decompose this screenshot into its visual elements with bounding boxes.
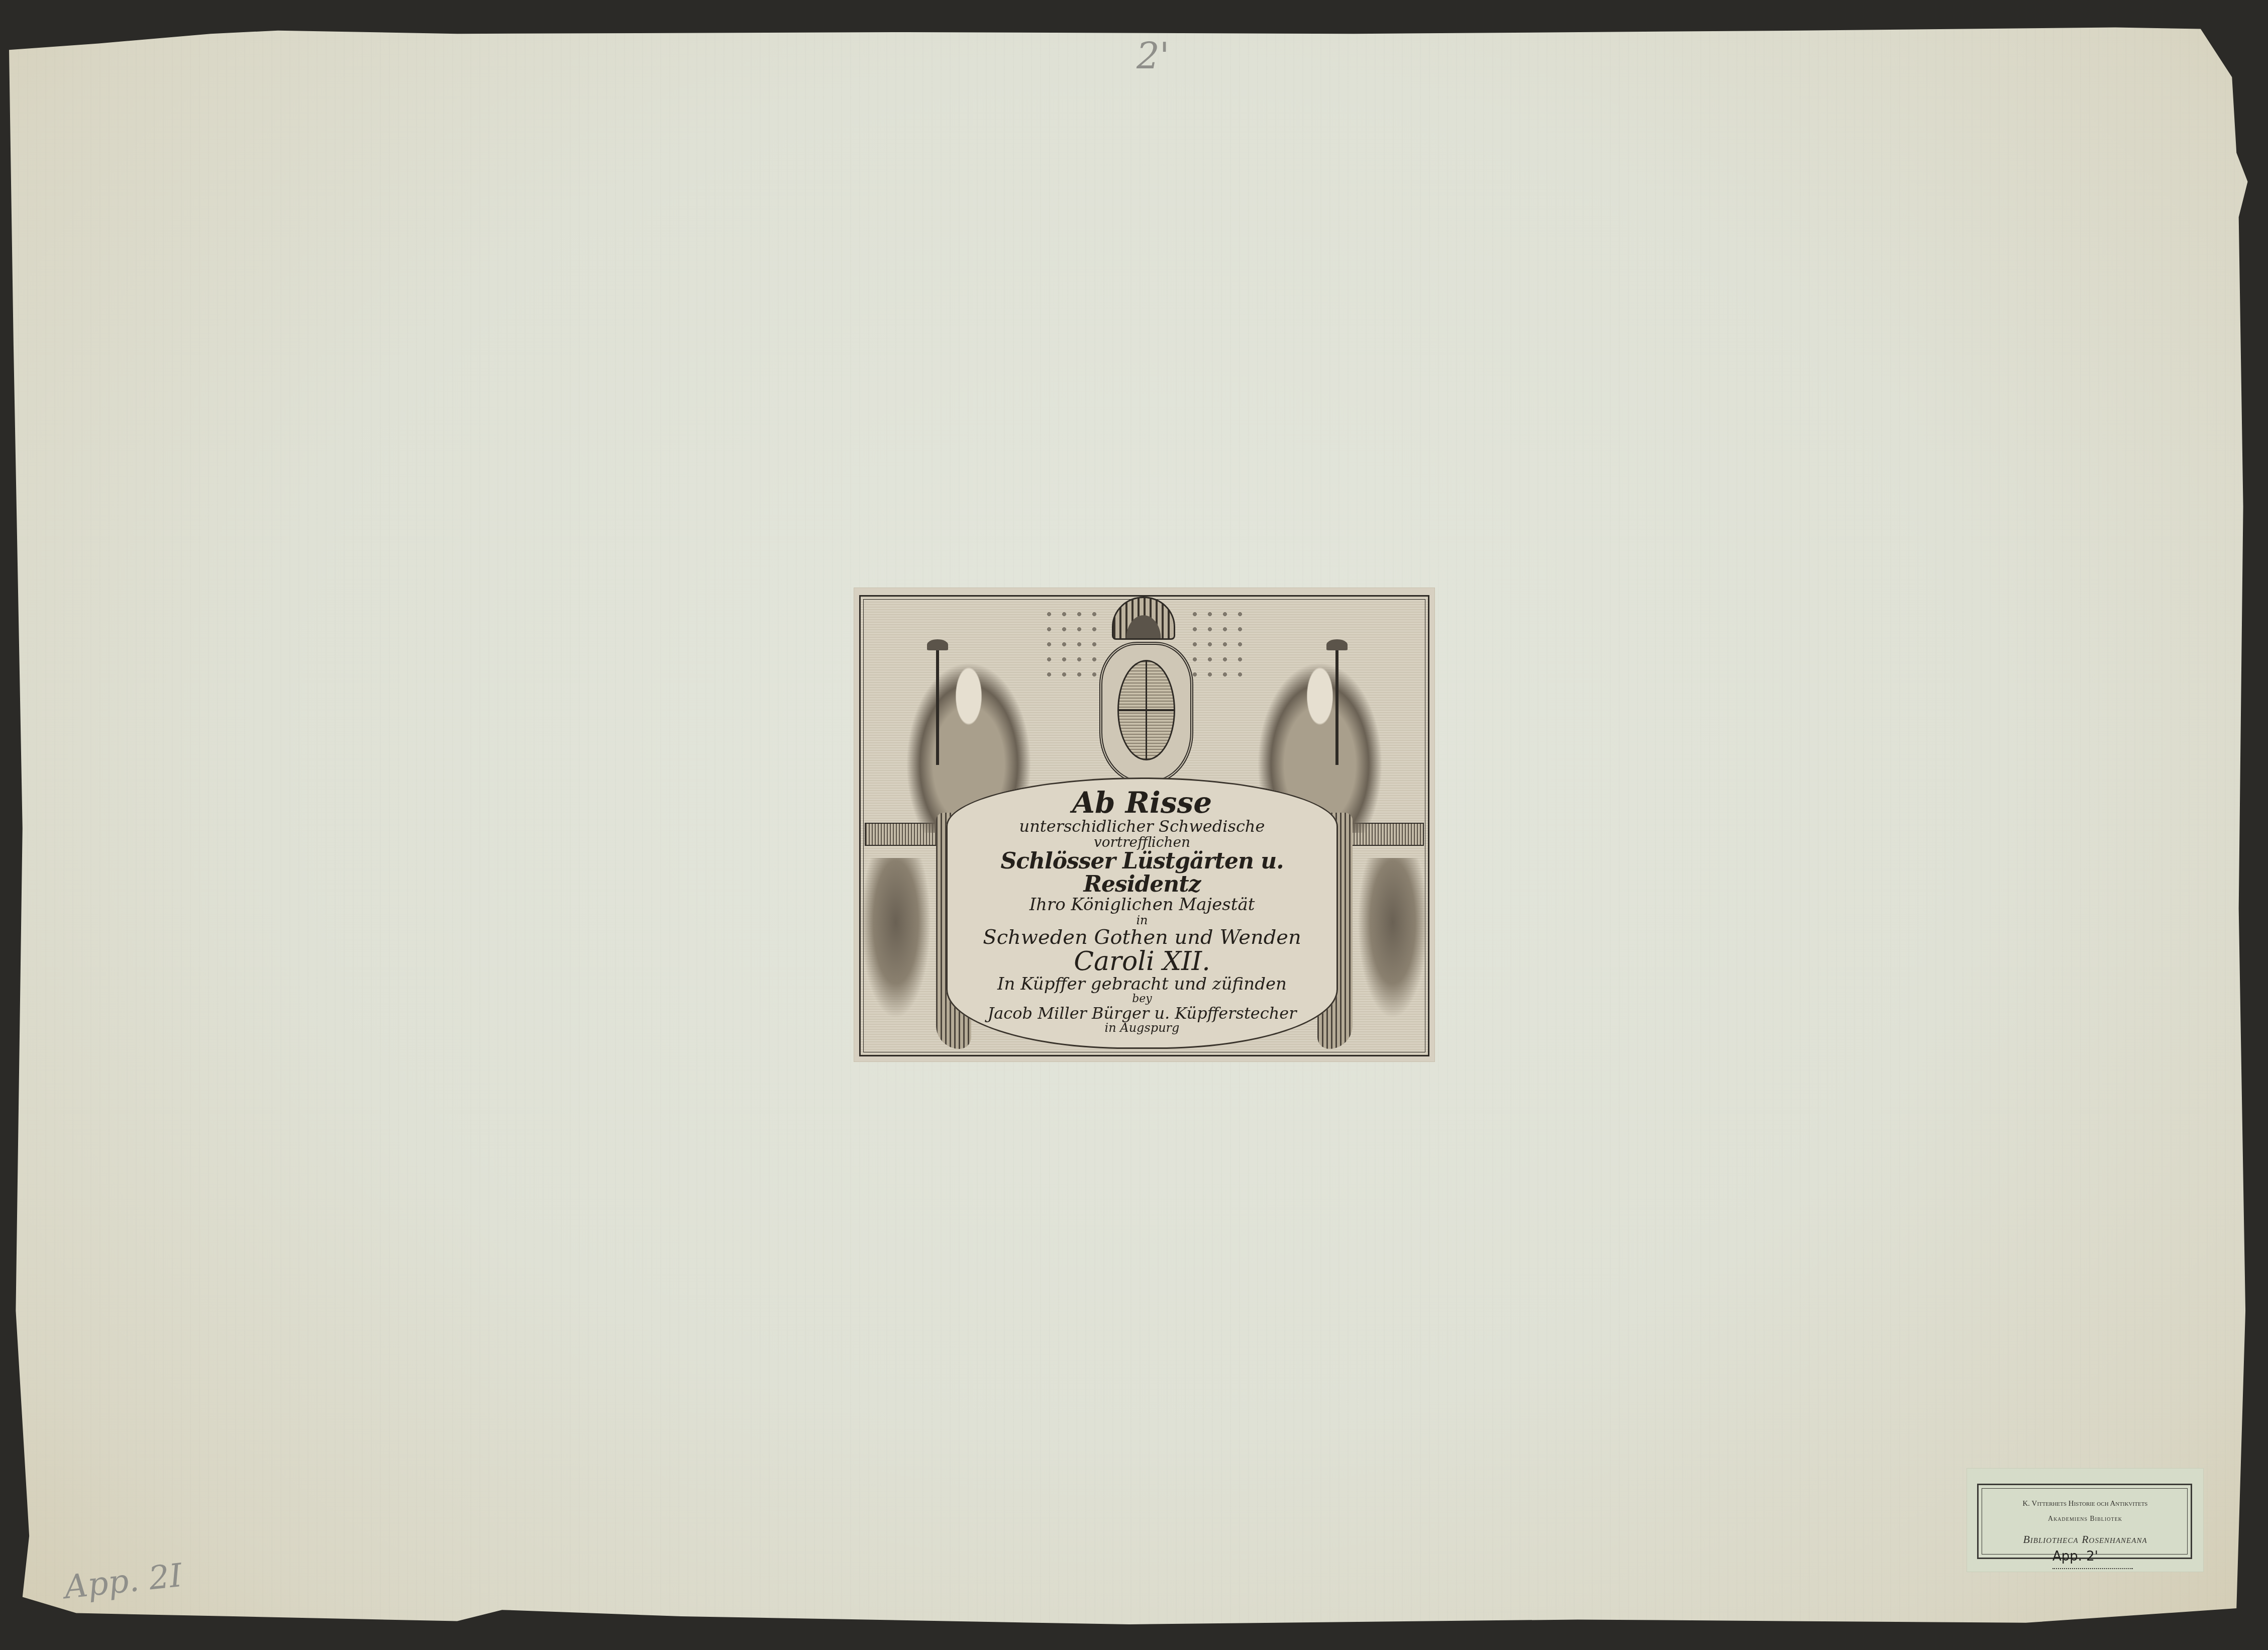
label-library: Akademiens Bibliotek xyxy=(1967,1515,2203,1523)
title-line: In Küpffer gebracht und züfinden xyxy=(961,976,1323,994)
title-line: Jacob Miller Bürger u. Küpfferstecher xyxy=(961,1005,1323,1022)
laurel-left-icon xyxy=(1042,607,1102,687)
arts-trophy-left-icon xyxy=(861,858,931,1019)
title-line: Caroli XII. xyxy=(961,948,1323,976)
title-line: in Augspurg xyxy=(961,1022,1323,1034)
trumpet-left-icon xyxy=(936,649,939,765)
label-collection: Bibliotheca Rosenhaneana xyxy=(1967,1533,2203,1546)
title-line: Ihro Königlichen Majestät xyxy=(961,896,1323,914)
label-institution: K. Vitterhets Historie och Antikvitets xyxy=(1967,1500,2203,1508)
title-line: Schlösser Lüstgärten u. Residentz xyxy=(961,850,1323,896)
title-line: vortrefflichen xyxy=(961,835,1323,849)
title-line: unterschidlicher Schwedische xyxy=(961,818,1323,835)
coat-of-arms-icon xyxy=(1099,642,1193,784)
label-call-number: App. 2' xyxy=(2052,1549,2098,1564)
folio-number: 2' xyxy=(1137,35,1170,77)
trumpet-right-icon xyxy=(1335,649,1338,765)
laurel-right-icon xyxy=(1187,607,1248,687)
title-line: in xyxy=(961,914,1323,927)
title-line: Ab Risse xyxy=(961,788,1323,818)
royal-crown-icon xyxy=(1112,597,1175,640)
engraved-plate: Ab Risse unterschidlicher Schwedische vo… xyxy=(854,588,1434,1061)
engraved-title: Ab Risse unterschidlicher Schwedische vo… xyxy=(961,788,1323,1034)
label-dotted-line xyxy=(2052,1568,2133,1569)
arms-quartering xyxy=(1117,660,1175,760)
arts-trophy-right-icon xyxy=(1358,858,1428,1019)
library-label: K. Vitterhets Historie och Antikvitets A… xyxy=(1967,1469,2203,1572)
plate-border: Ab Risse unterschidlicher Schwedische vo… xyxy=(859,595,1429,1056)
title-line: Schweden Gothen und Wenden xyxy=(961,927,1323,948)
